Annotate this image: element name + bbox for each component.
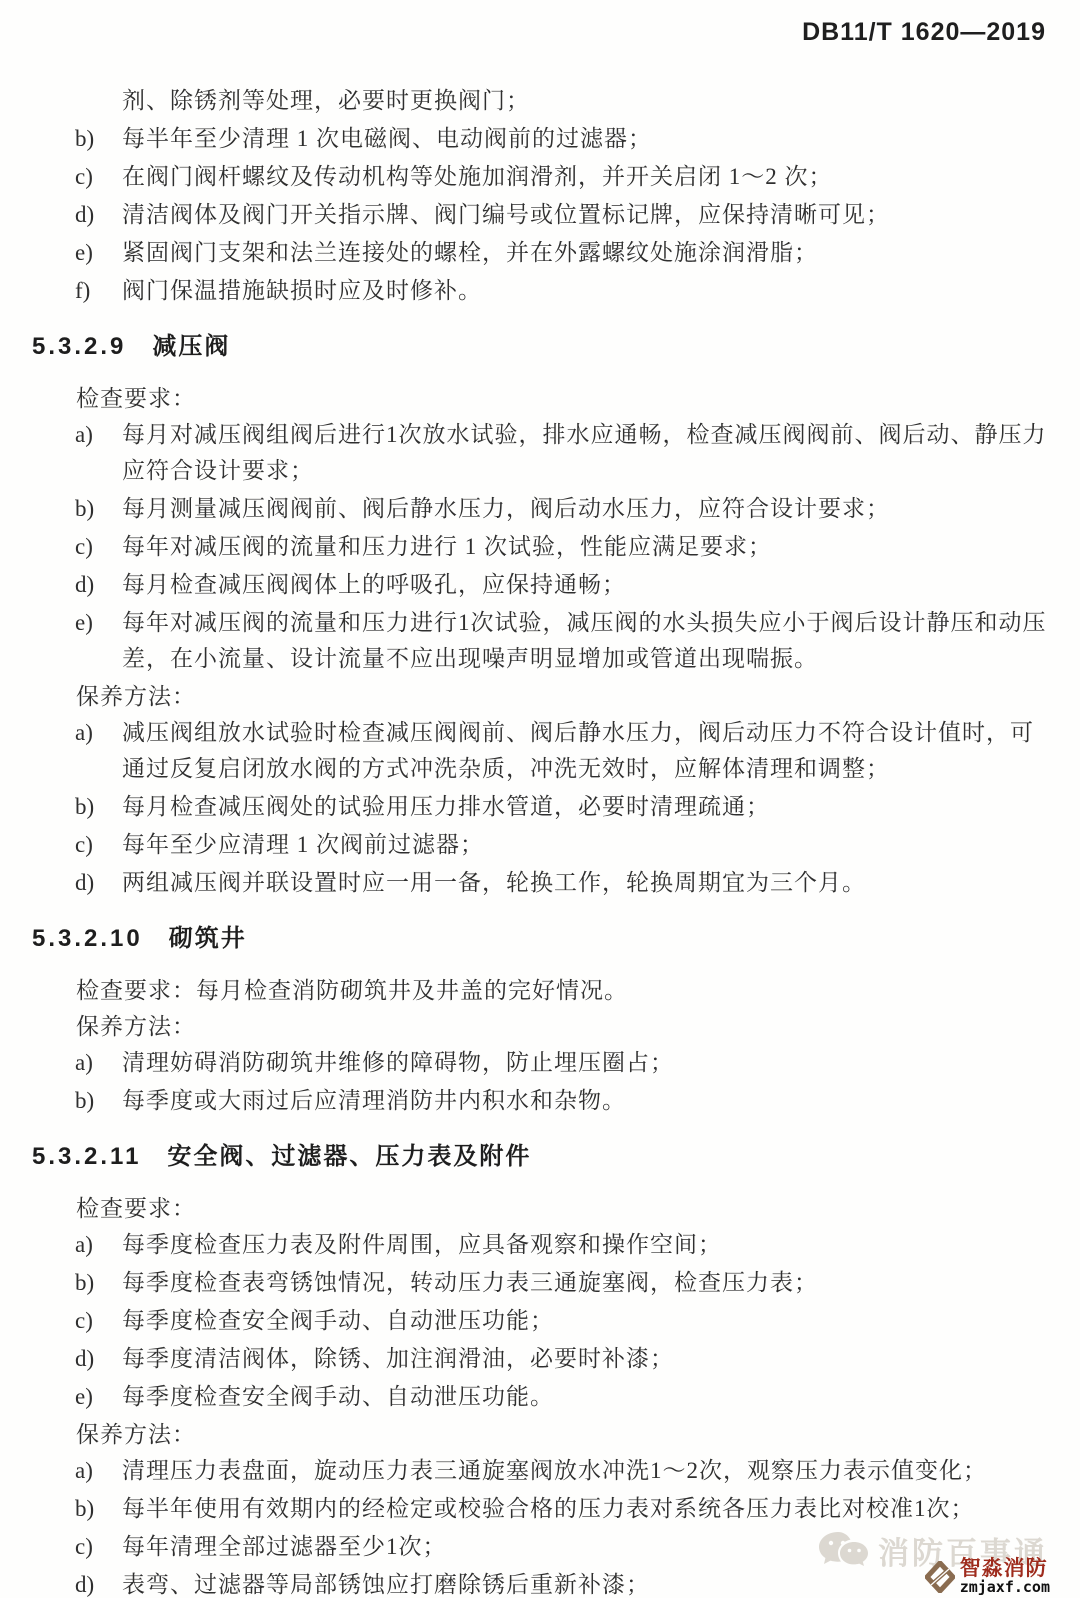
list-item: b)每半年使用有效期内的经检定或校验合格的压力表对系统各压力表比对校准1次； <box>75 1491 1050 1527</box>
list-item: f)阀门保温措施缺损时应及时修补。 <box>75 273 1050 309</box>
item-label: e) <box>75 605 122 677</box>
list-item: b)每季度或大雨过后应清理消防井内积水和杂物。 <box>75 1083 1050 1119</box>
list-item: c)每年至少应清理 1 次阀前过滤器； <box>75 827 1050 863</box>
item-text: 每半年使用有效期内的经检定或校验合格的压力表对系统各压力表比对校准1次； <box>122 1491 1050 1527</box>
item-label: b) <box>75 1265 122 1301</box>
item-text: 紧固阀门支架和法兰连接处的螺栓，并在外露螺纹处施涂润滑脂； <box>122 235 1050 271</box>
item-text: 每季度检查压力表及附件周围，应具备观察和操作空间； <box>122 1227 1050 1263</box>
paragraph: 检查要求：每月检查消防砌筑井及井盖的完好情况。 <box>76 973 1080 1009</box>
item-label: c) <box>75 827 122 863</box>
item-text: 每年至少应清理 1 次阀前过滤器； <box>122 827 1050 863</box>
item-label: f) <box>75 273 122 309</box>
item-label: d) <box>75 197 122 233</box>
section-title: 减压阀 <box>152 333 230 360</box>
item-text: 每月对减压阀组阀后进行1次放水试验，排水应通畅，检查减压阀阀前、阀后动、静压力应… <box>122 417 1050 489</box>
paragraph: 保养方法： <box>76 1417 1080 1453</box>
doc-code: DB11/T 1620—2019 <box>802 18 1046 47</box>
list-item: d)每季度清洁阀体，除锈、加注润滑油，必要时补漆； <box>75 1341 1050 1377</box>
list-item: c)每季度检查安全阀手动、自动泄压功能； <box>75 1303 1050 1339</box>
list-item: e)紧固阀门支架和法兰连接处的螺栓，并在外露螺纹处施涂润滑脂； <box>75 235 1050 271</box>
item-text: 每月测量减压阀阀前、阀后静水压力，阀后动水压力，应符合设计要求； <box>122 491 1050 527</box>
item-text: 两组减压阀并联设置时应一用一备，轮换工作，轮换周期宜为三个月。 <box>122 865 1050 901</box>
item-label: c) <box>75 1303 122 1339</box>
item-label: c) <box>75 159 122 195</box>
item-label: c) <box>75 529 122 565</box>
item-label: d) <box>75 1341 122 1377</box>
section-heading: 5.3.2.9减压阀 <box>32 329 1080 365</box>
item-text: 每月检查减压阀阀体上的呼吸孔，应保持通畅； <box>122 567 1050 603</box>
item-label: a) <box>75 1453 122 1489</box>
item-text: 每季度或大雨过后应清理消防井内积水和杂物。 <box>122 1083 1050 1119</box>
item-text: 每半年至少清理 1 次电磁阀、电动阀前的过滤器； <box>122 121 1050 157</box>
section-heading: 5.3.2.11安全阀、过滤器、压力表及附件 <box>32 1139 1080 1175</box>
paragraph: 保养方法： <box>76 1009 1080 1045</box>
item-label: b) <box>75 121 122 157</box>
section-number: 5.3.2.11 <box>32 1143 141 1170</box>
item-label: b) <box>75 1491 122 1527</box>
item-label: b) <box>75 1083 122 1119</box>
list-item: b)每月检查减压阀处的试验用压力排水管道，必要时清理疏通； <box>75 789 1050 825</box>
list-item: b)每季度检查表弯锈蚀情况，转动压力表三通旋塞阀，检查压力表； <box>75 1265 1050 1301</box>
item-label: a) <box>75 417 122 489</box>
document-body: 剂、除锈剂等处理，必要时更换阀门；b)每半年至少清理 1 次电磁阀、电动阀前的过… <box>0 65 1080 1598</box>
item-text: 减压阀组放水试验时检查减压阀阀前、阀后静水压力，阀后动压力不符合设计值时，可通过… <box>122 715 1050 787</box>
chat-bubbles-icon <box>818 1531 870 1571</box>
brand-logo-icon <box>925 1561 955 1593</box>
list-item: a)减压阀组放水试验时检查减压阀阀前、阀后静水压力，阀后动压力不符合设计值时，可… <box>75 715 1050 787</box>
list-item: d)两组减压阀并联设置时应一用一备，轮换工作，轮换周期宜为三个月。 <box>75 865 1050 901</box>
brand-url: zmjaxf.com <box>960 1580 1050 1596</box>
item-label: b) <box>75 491 122 527</box>
list-item: e)每年对减压阀的流量和压力进行1次试验，减压阀的水头损失应小于阀后设计静压和动… <box>75 605 1050 677</box>
list-item: b)每半年至少清理 1 次电磁阀、电动阀前的过滤器； <box>75 121 1050 157</box>
item-text: 在阀门阀杆螺纹及传动机构等处施加润滑剂，并开关启闭 1～2 次； <box>122 159 1050 195</box>
list-item: a)每季度检查压力表及附件周围，应具备观察和操作空间； <box>75 1227 1050 1263</box>
list-item: a)每月对减压阀组阀后进行1次放水试验，排水应通畅，检查减压阀阀前、阀后动、静压… <box>75 417 1050 489</box>
section-number: 5.3.2.10 <box>32 925 143 952</box>
continuation-line: 剂、除锈剂等处理，必要时更换阀门； <box>122 83 1080 119</box>
item-text: 清理压力表盘面，旋动压力表三通旋塞阀放水冲洗1～2次，观察压力表示值变化； <box>122 1453 1050 1489</box>
item-label: e) <box>75 1379 122 1415</box>
item-label: c) <box>75 1529 122 1565</box>
section-heading: 5.3.2.10砌筑井 <box>32 921 1080 957</box>
section-number: 5.3.2.9 <box>32 333 126 360</box>
section-title: 砌筑井 <box>169 925 247 952</box>
item-label: b) <box>75 789 122 825</box>
brand-name: 智淼消防 <box>960 1558 1050 1580</box>
list-item: d)每月检查减压阀阀体上的呼吸孔，应保持通畅； <box>75 567 1050 603</box>
item-label: d) <box>75 567 122 603</box>
list-item: b)每月测量减压阀阀前、阀后静水压力，阀后动水压力，应符合设计要求； <box>75 491 1050 527</box>
list-item: e)每季度检查安全阀手动、自动泄压功能。 <box>75 1379 1050 1415</box>
item-text: 每季度检查表弯锈蚀情况，转动压力表三通旋塞阀，检查压力表； <box>122 1265 1050 1301</box>
item-text: 每年对减压阀的流量和压力进行1次试验，减压阀的水头损失应小于阀后设计静压和动压差… <box>122 605 1050 677</box>
item-text: 阀门保温措施缺损时应及时修补。 <box>122 273 1050 309</box>
item-text: 每年对减压阀的流量和压力进行 1 次试验，性能应满足要求； <box>122 529 1050 565</box>
item-text: 清洁阀体及阀门开关指示牌、阀门编号或位置标记牌，应保持清晰可见； <box>122 197 1050 233</box>
brand-badge: 智淼消防 zmjaxf.com <box>925 1558 1050 1596</box>
item-label: a) <box>75 1045 122 1081</box>
list-item: c)在阀门阀杆螺纹及传动机构等处施加润滑剂，并开关启闭 1～2 次； <box>75 159 1050 195</box>
item-label: e) <box>75 235 122 271</box>
item-text: 每季度清洁阀体，除锈、加注润滑油，必要时补漆； <box>122 1341 1050 1377</box>
paragraph: 检查要求： <box>76 381 1080 417</box>
item-label: a) <box>75 1227 122 1263</box>
item-label: d) <box>75 865 122 901</box>
list-item: c)每年对减压阀的流量和压力进行 1 次试验，性能应满足要求； <box>75 529 1050 565</box>
item-label: d) <box>75 1567 122 1598</box>
section-title: 安全阀、过滤器、压力表及附件 <box>167 1143 531 1170</box>
item-text: 每月检查减压阀处的试验用压力排水管道，必要时清理疏通； <box>122 789 1050 825</box>
list-item: d)清洁阀体及阀门开关指示牌、阀门编号或位置标记牌，应保持清晰可见； <box>75 197 1050 233</box>
item-text: 每季度检查安全阀手动、自动泄压功能。 <box>122 1379 1050 1415</box>
item-text: 清理妨碍消防砌筑井维修的障碍物，防止埋压圈占； <box>122 1045 1050 1081</box>
item-text: 每季度检查安全阀手动、自动泄压功能； <box>122 1303 1050 1339</box>
list-item: a)清理妨碍消防砌筑井维修的障碍物，防止埋压圈占； <box>75 1045 1050 1081</box>
paragraph: 检查要求： <box>76 1191 1080 1227</box>
paragraph: 保养方法： <box>76 679 1080 715</box>
item-label: a) <box>75 715 122 787</box>
list-item: a)清理压力表盘面，旋动压力表三通旋塞阀放水冲洗1～2次，观察压力表示值变化； <box>75 1453 1050 1489</box>
